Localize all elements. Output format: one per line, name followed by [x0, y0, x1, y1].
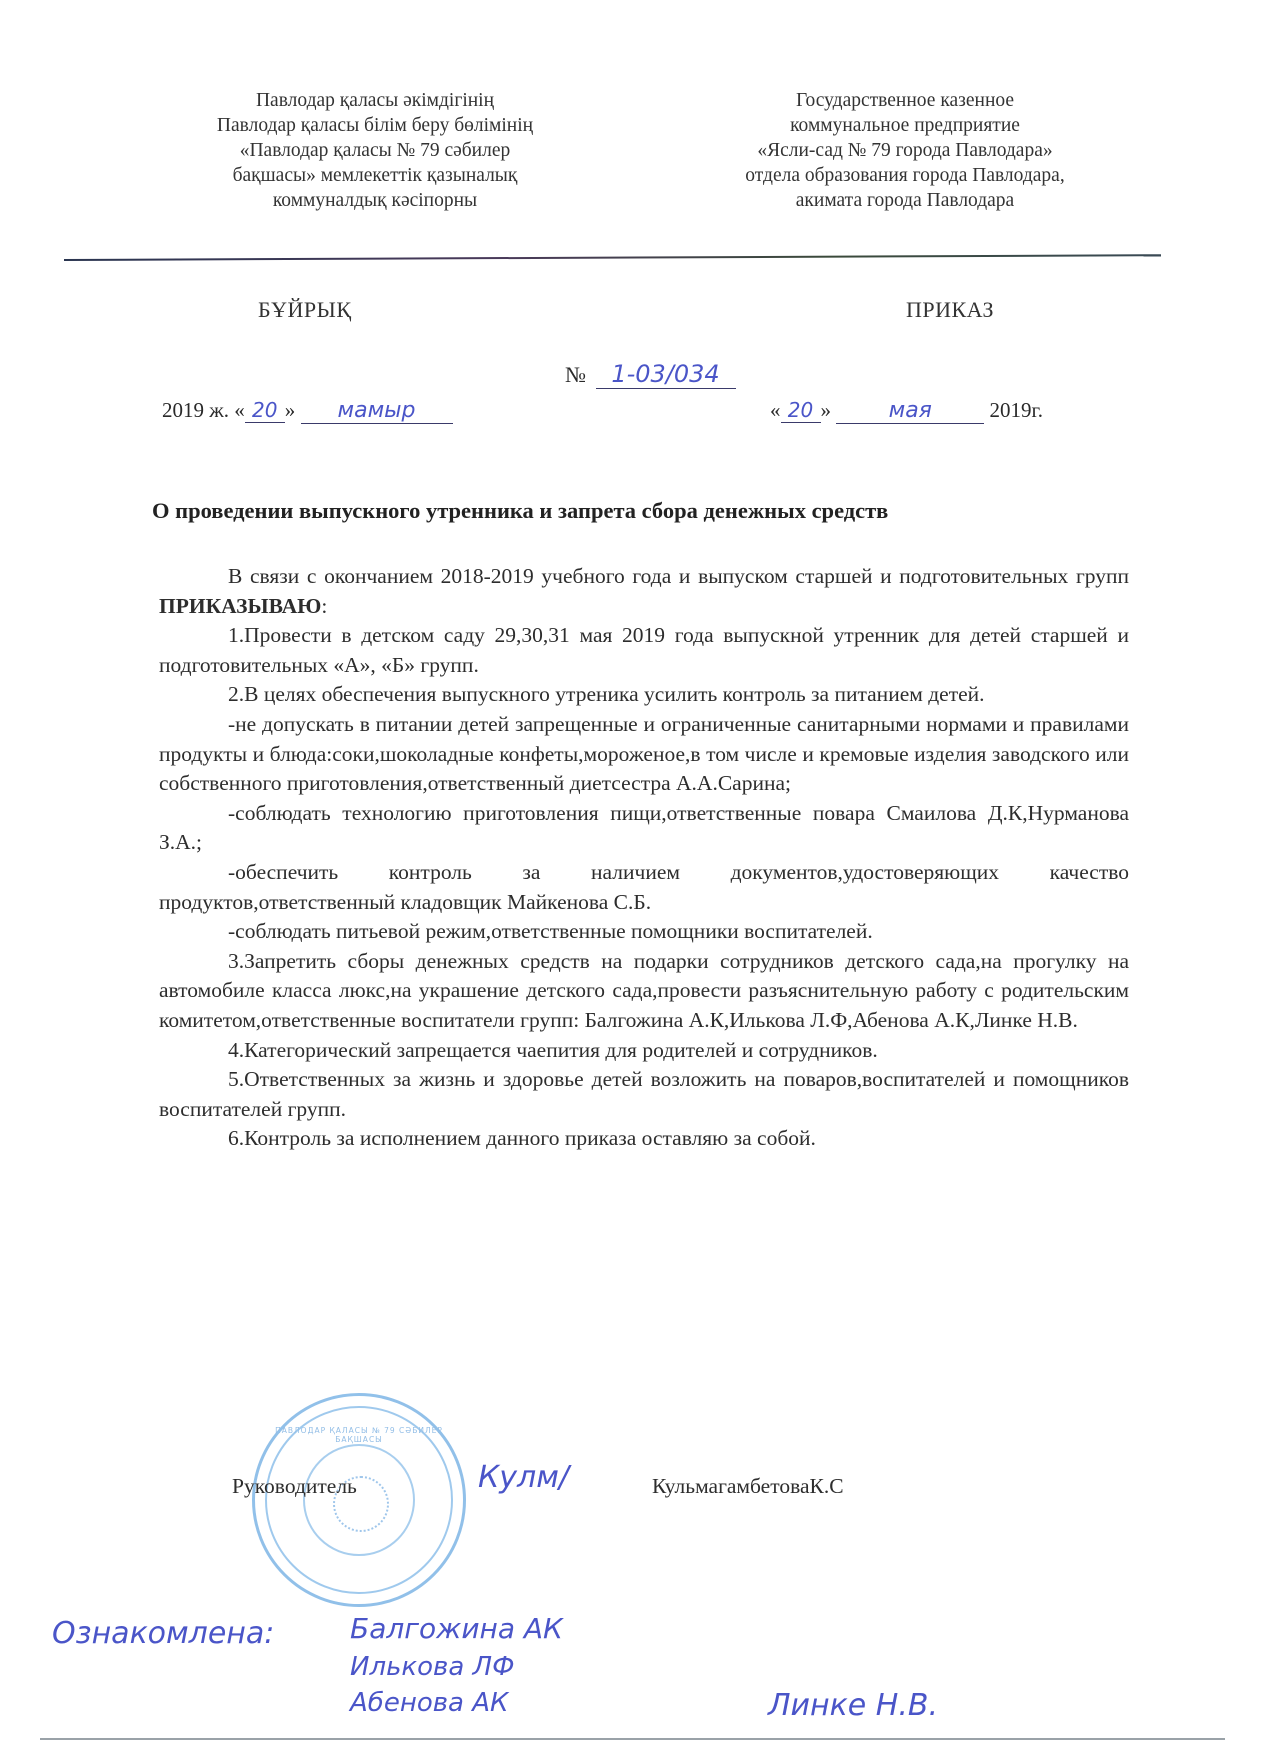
- signatory-name: КульмагамбетоваК.С: [652, 1474, 844, 1499]
- paragraph-2: 2.В целях обеспечения выпускного утреник…: [159, 680, 1129, 710]
- header-right-line: «Ясли-сад № 79 города Павлодара»: [660, 138, 1150, 163]
- order-number-label: №: [565, 362, 586, 387]
- header-right-line: акимата города Павлодара: [660, 188, 1150, 213]
- acknowledgement-entry: Балгожина АК: [350, 1612, 563, 1645]
- paragraph-5: 5.Ответственных за жизнь и здоровье дете…: [159, 1065, 1129, 1124]
- signatory-title: Руководитель: [232, 1474, 357, 1499]
- acknowledgement-entry: Абенова АК: [350, 1688, 509, 1718]
- acknowledgement-entry: Линке Н.В.: [768, 1688, 938, 1723]
- acknowledgement-block: Ознакомлена: Балгожина АК Илькова ЛФ Абе…: [52, 1590, 1222, 1740]
- order-number: № 1-03/034: [565, 360, 736, 389]
- header-left-line: «Павлодар қаласы № 79 сәбилер: [150, 138, 600, 163]
- intro-bold-order: ПРИКАЗЫВАЮ: [159, 594, 321, 618]
- paragraph-6: 6.Контроль за исполнением данного приказ…: [159, 1124, 1129, 1154]
- header-right-line: коммунальное предприятие: [660, 113, 1150, 138]
- bottom-divider: [40, 1738, 1225, 1740]
- date-quote-open: «: [770, 398, 781, 422]
- date-day: 20: [245, 398, 285, 423]
- intro-colon: :: [321, 594, 327, 618]
- paragraph-4: 4.Категорический запрещается чаепития дл…: [159, 1036, 1129, 1066]
- order-title-kazakh: БҰЙРЫҚ: [258, 297, 352, 323]
- paragraph-2-item-d: -соблюдать питьевой режим,ответственные …: [159, 917, 1129, 947]
- intro-paragraph: В связи с окончанием 2018-2019 учебного …: [159, 562, 1129, 621]
- document-body: В связи с окончанием 2018-2019 учебного …: [159, 562, 1129, 1154]
- date-kazakh: 2019 ж. «20» мамыр: [162, 398, 453, 424]
- order-title-russian: ПРИКАЗ: [906, 297, 994, 323]
- order-number-value: 1-03/034: [596, 360, 736, 389]
- date-day: 20: [781, 398, 821, 423]
- paragraph-1: 1.Провести в детском саду 29,30,31 мая 2…: [159, 621, 1129, 680]
- acknowledgement-entry: Илькова ЛФ: [350, 1652, 514, 1682]
- date-month: мая: [836, 398, 984, 424]
- date-quote: »: [285, 398, 296, 422]
- header-left-line: коммуналдық кәсіпорны: [150, 188, 600, 213]
- header-left-line: Павлодар қаласы әкімдігінің: [150, 88, 600, 113]
- header-right-line: Государственное казенное: [660, 88, 1150, 113]
- header-left-kazakh: Павлодар қаласы әкімдігінің Павлодар қал…: [150, 88, 600, 213]
- stamp-text: ПАВЛОДАР ҚАЛАСЫ № 79 СӘБИЛЕР БАҚШАСЫ: [255, 1426, 463, 1444]
- acknowledgement-label: Ознакомлена:: [52, 1616, 274, 1651]
- document-title: О проведении выпускного утренника и запр…: [152, 498, 1132, 524]
- header-left-line: Павлодар қаласы білім беру бөлімінің: [150, 113, 600, 138]
- paragraph-3: 3.Запретить сборы денежных средств на по…: [159, 947, 1129, 1036]
- header-left-line: бақшасы» мемлекеттік қазыналық: [150, 163, 600, 188]
- paragraph-2-item-b: -соблюдать технологию приготовления пищи…: [159, 799, 1129, 858]
- signature-scribble: Кулм/: [478, 1460, 569, 1495]
- official-stamp-icon: ПАВЛОДАР ҚАЛАСЫ № 79 СӘБИЛЕР БАҚШАСЫ: [252, 1393, 466, 1607]
- header-divider: [64, 254, 1161, 261]
- paragraph-2-item-c: -обеспечить контроль за наличием докумен…: [159, 858, 1129, 917]
- date-russian: «20» мая 2019г.: [770, 398, 1043, 424]
- paragraph-2-item-a: -не допускать в питании детей запрещенны…: [159, 710, 1129, 799]
- header-right-line: отдела образования города Павлодара,: [660, 163, 1150, 188]
- date-quote-close: »: [821, 398, 832, 422]
- header-right-russian: Государственное казенное коммунальное пр…: [660, 88, 1150, 213]
- intro-text: В связи с окончанием 2018-2019 учебного …: [228, 564, 1129, 588]
- date-month: мамыр: [301, 398, 453, 424]
- date-year-prefix: 2019 ж. «: [162, 398, 245, 422]
- date-year-suffix: 2019г.: [990, 398, 1044, 422]
